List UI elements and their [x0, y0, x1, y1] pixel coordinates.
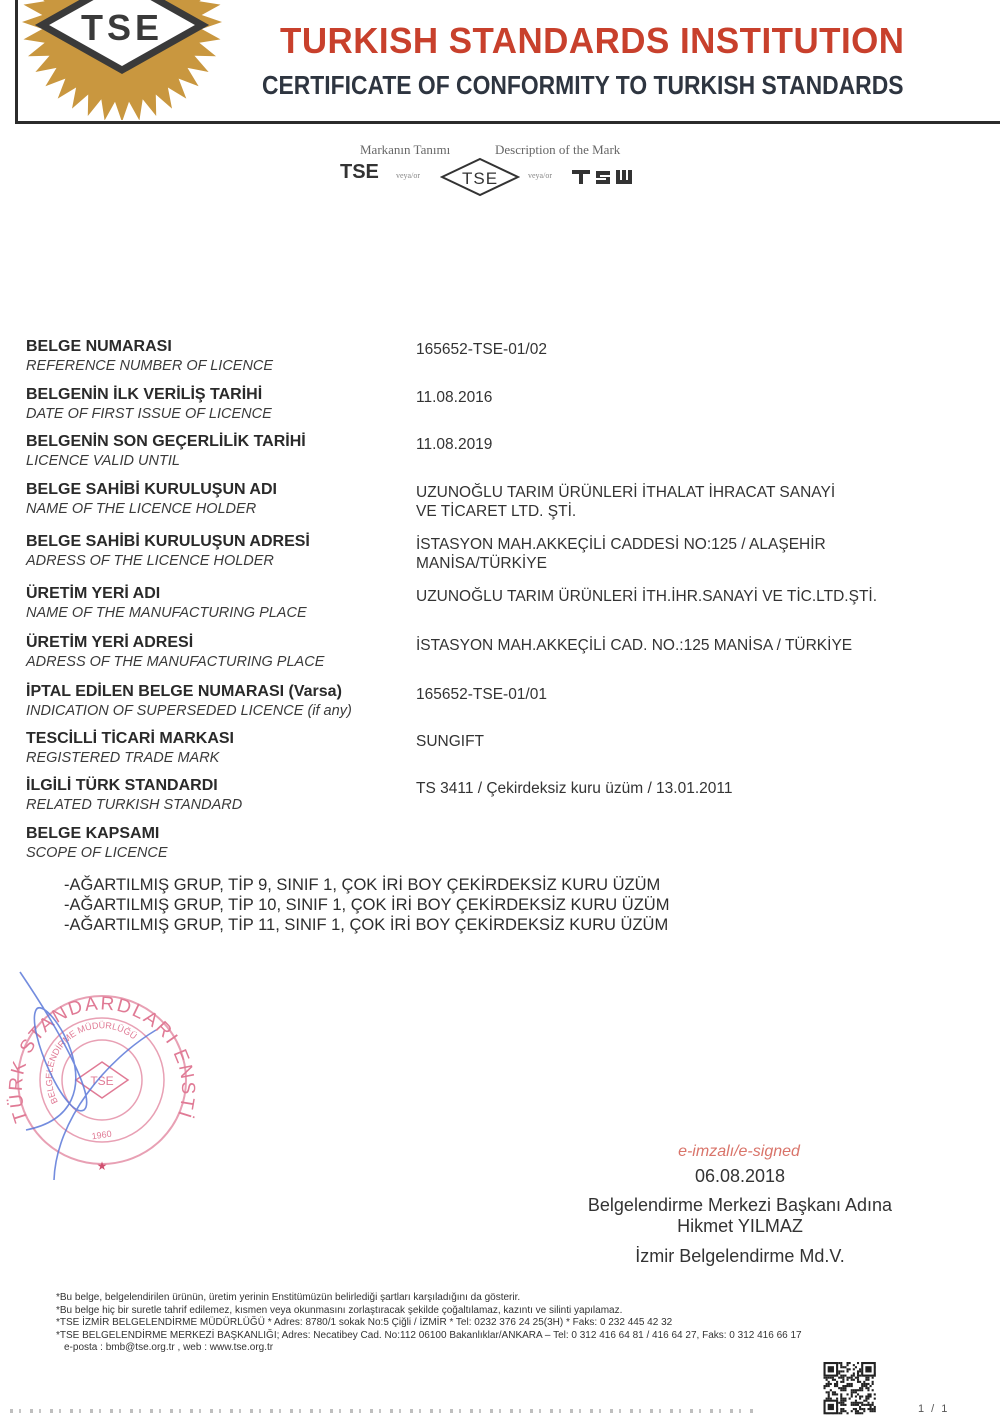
mark-or-label: veya/or: [396, 171, 420, 180]
field-label-tr: ÜRETİM YERİ ADI: [26, 585, 160, 603]
svg-text:1960: 1960: [91, 1129, 112, 1142]
tse-logo-icon: TSE: [12, 0, 232, 120]
mark-or-label: veya/or: [528, 171, 552, 180]
field-value: UZUNOĞLU TARIM ÜRÜNLERİ İTHALAT İHRACAT …: [416, 483, 835, 521]
field-label-en: REFERENCE NUMBER OF LICENCE: [26, 358, 273, 374]
field-label-tr: BELGENİN İLK VERİLİŞ TARİHİ: [26, 386, 262, 404]
signatory-office: İzmir Belgelendirme Md.V.: [540, 1246, 940, 1267]
e-signed-label: e-imzalı/e-signed: [538, 1143, 940, 1161]
svg-text:★: ★: [97, 1159, 108, 1173]
field-label-en: SCOPE OF LICENCE: [26, 845, 168, 861]
field-label-tr: BELGE NUMARASI: [26, 338, 172, 356]
field-value: 165652-TSE-01/01: [416, 685, 547, 704]
scope-item: -AĞARTILMIŞ GRUP, TİP 10, SINIF 1, ÇOK İ…: [64, 895, 669, 915]
mark-label-tr: Markanın Tanımı: [360, 142, 450, 158]
field-label-tr: İPTAL EDİLEN BELGE NUMARASI (Varsa): [26, 683, 342, 701]
footer-contact: e-posta : bmb@tse.org.tr , web : www.tse…: [56, 1342, 802, 1355]
certificate-title: CERTIFICATE OF CONFORMITY TO TURKISH STA…: [262, 70, 903, 101]
field-value: 11.08.2019: [416, 435, 492, 454]
field-label-en: RELATED TURKISH STANDARD: [26, 797, 242, 813]
field-label-tr: BELGE SAHİBİ KURULUŞUN ADI: [26, 481, 277, 499]
footer-note: *TSE İZMİR BELGELENDİRME MÜDÜRLÜĞÜ * Adr…: [56, 1317, 802, 1330]
signature-date: 06.08.2018: [540, 1166, 940, 1187]
field-value: 165652-TSE-01/02: [416, 340, 547, 359]
footer-note: *TSE BELGELENDİRME MERKEZİ BAŞKANLIĞI; A…: [56, 1330, 802, 1343]
footer-note: *Bu belge hiç bir suretle tahrif edileme…: [56, 1305, 802, 1318]
field-label-tr: İLGİLİ TÜRK STANDARDI: [26, 777, 218, 795]
field-label-tr: BELGE KAPSAMI: [26, 825, 159, 843]
mark-label-en: Description of the Mark: [495, 142, 620, 158]
verification-url-line: [10, 1409, 755, 1413]
field-value: SUNGIFT: [416, 732, 484, 751]
mark-description: Markanın Tanımı Description of the Mark …: [340, 142, 660, 202]
field-value: TS 3411 / Çekirdeksiz kuru üzüm / 13.01.…: [416, 779, 732, 798]
field-label-en: LICENCE VALID UNTIL: [26, 453, 180, 469]
footer-notes: *Bu belge, belgelendirilen ürünün, üreti…: [56, 1292, 802, 1355]
scope-item: -AĞARTILMIŞ GRUP, TİP 9, SINIF 1, ÇOK İR…: [64, 875, 669, 895]
signatory-role: Belgelendirme Merkezi Başkanı Adına: [540, 1195, 940, 1216]
field-label-en: REGISTERED TRADE MARK: [26, 750, 219, 766]
field-label-tr: BELGENİN SON GEÇERLİLİK TARİHİ: [26, 433, 306, 451]
signatory-name: Hikmet YILMAZ: [540, 1216, 940, 1237]
field-label-tr: ÜRETİM YERİ ADRESİ: [26, 634, 193, 652]
signature-block: e-imzalı/e-signed 06.08.2018 Belgelendir…: [540, 1143, 940, 1267]
official-seal-stamp-icon: TÜRK STANDARDLARI ENSTİTÜSÜ BELGELENDİRM…: [6, 970, 206, 1185]
field-label-en: NAME OF THE MANUFACTURING PLACE: [26, 605, 307, 621]
field-label-en: INDICATION OF SUPERSEDED LICENCE (if any…: [26, 703, 352, 719]
scope-list: -AĞARTILMIŞ GRUP, TİP 9, SINIF 1, ÇOK İR…: [64, 875, 669, 935]
field-label-tr: TESCİLLİ TİCARİ MARKASI: [26, 730, 234, 748]
field-label-en: DATE OF FIRST ISSUE OF LICENCE: [26, 406, 272, 422]
institution-title: TURKISH STANDARDS INSTITUTION: [280, 20, 905, 62]
field-label-tr: BELGE SAHİBİ KURULUŞUN ADRESİ: [26, 533, 310, 551]
scope-item: -AĞARTILMIŞ GRUP, TİP 11, SINIF 1, ÇOK İ…: [64, 915, 669, 935]
field-value: UZUNOĞLU TARIM ÜRÜNLERİ İTH.İHR.SANAYİ V…: [416, 587, 877, 606]
footer-note: *Bu belge, belgelendirilen ürünün, üreti…: [56, 1292, 802, 1305]
qr-code-icon[interactable]: [812, 1362, 888, 1415]
tse-diamond-mark-icon: TSE: [440, 157, 520, 197]
field-value: İSTASYON MAH.AKKEÇİLİ CAD. NO.:125 MANİS…: [416, 636, 852, 655]
mark-variant-plain: TSE: [340, 161, 379, 184]
field-value: İSTASYON MAH.AKKEÇİLİ CADDESİ NO:125 / A…: [416, 535, 826, 573]
field-label-en: NAME OF THE LICENCE HOLDER: [26, 501, 256, 517]
page-number: 1 / 1: [918, 1403, 949, 1415]
svg-text:TSE: TSE: [81, 7, 163, 48]
tse-block-mark-icon: [572, 166, 636, 186]
field-label-en: ADRESS OF THE MANUFACTURING PLACE: [26, 654, 324, 670]
field-label-en: ADRESS OF THE LICENCE HOLDER: [26, 553, 274, 569]
field-value: 11.08.2016: [416, 388, 492, 407]
svg-text:TSE: TSE: [462, 169, 498, 188]
